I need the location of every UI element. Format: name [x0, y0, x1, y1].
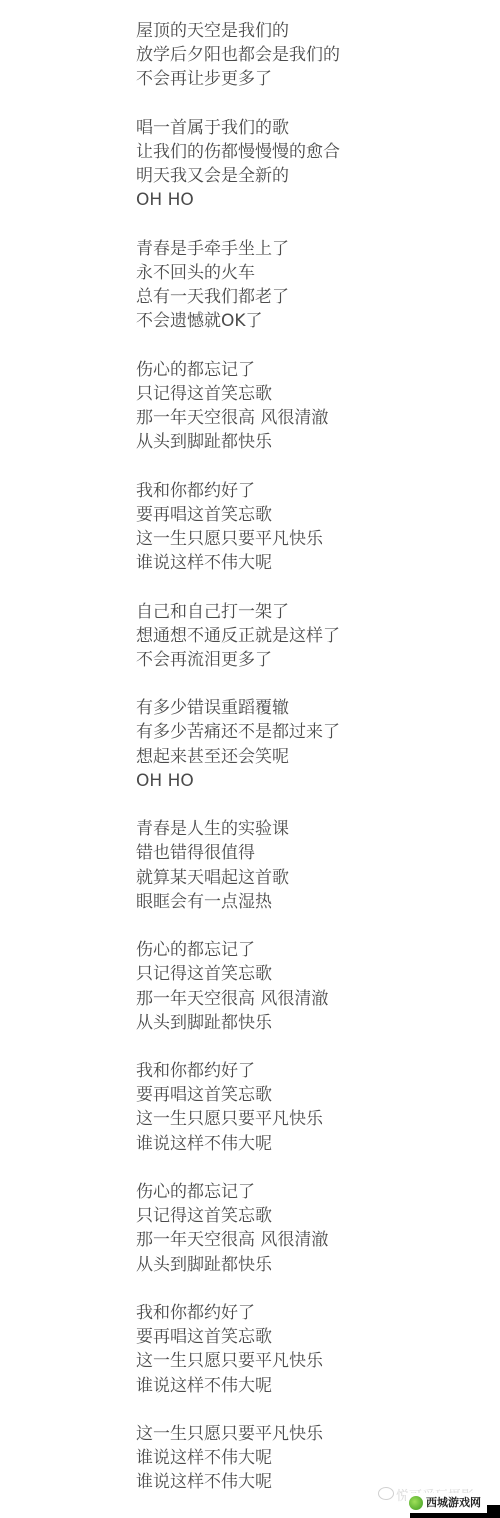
lyric-stanza: 这一生只愿只要平凡快乐谁说这样不伟大呢谁说这样不伟大呢	[136, 1422, 340, 1495]
lyric-line: 错也错得很值得	[136, 841, 340, 865]
lyric-line: 放学后夕阳也都会是我们的	[136, 43, 340, 67]
lyric-line: 从头到脚趾都快乐	[136, 1011, 340, 1035]
lyric-line: 从头到脚趾都快乐	[136, 430, 340, 454]
lyric-line: 要再唱这首笑忘歌	[136, 503, 340, 527]
lyric-line: 想通想不通反正就是这样了	[136, 624, 340, 648]
lyric-line: 屋顶的天空是我们的	[136, 19, 340, 43]
lyric-line: 只记得这首笑忘歌	[136, 962, 340, 986]
lyric-stanza: 我和你都约好了要再唱这首笑忘歌这一生只愿只要平凡快乐谁说这样不伟大呢	[136, 1301, 340, 1398]
lyric-line: 要再唱这首笑忘歌	[136, 1325, 340, 1349]
watermark-badge: 西城游戏网	[406, 1493, 487, 1513]
lyric-stanza: 我和你都约好了要再唱这首笑忘歌这一生只愿只要平凡快乐谁说这样不伟大呢	[136, 1059, 340, 1156]
lyric-line: 不会遗憾就OK了	[136, 309, 340, 333]
lyric-stanza: 唱一首属于我们的歌让我们的伤都慢慢慢的愈合明天我又会是全新的OH HO	[136, 116, 340, 213]
lyric-line: 谁说这样不伟大呢	[136, 1470, 340, 1494]
lyric-stanza: 青春是人生的实验课错也错得很值得就算某天唱起这首歌眼眶会有一点湿热	[136, 817, 340, 914]
lyric-line: 谁说这样不伟大呢	[136, 1132, 340, 1156]
lyric-line: 想起来甚至还会笑呢	[136, 745, 340, 769]
lyric-line: 那一年天空很高 风很清澈	[136, 406, 340, 430]
lyric-stanza: 我和你都约好了要再唱这首笑忘歌这一生只愿只要平凡快乐谁说这样不伟大呢	[136, 479, 340, 576]
watermark-site-name: 西城游戏网	[426, 1496, 481, 1509]
lyric-line: 这一生只愿只要平凡快乐	[136, 1349, 340, 1373]
watermark: 悦可爱玩摄影 西城游戏网	[378, 1485, 500, 1518]
lyric-line: 永不回头的火车	[136, 261, 340, 285]
lyric-line: OH HO	[136, 188, 340, 212]
lyric-line: 唱一首属于我们的歌	[136, 116, 340, 140]
lyric-line: 这一生只愿只要平凡快乐	[136, 1107, 340, 1131]
lyric-line: 只记得这首笑忘歌	[136, 382, 340, 406]
lyric-line: 有多少错误重蹈覆辙	[136, 696, 340, 720]
lyric-line: 从头到脚趾都快乐	[136, 1253, 340, 1277]
lyric-stanza: 伤心的都忘记了只记得这首笑忘歌那一年天空很高 风很清澈从头到脚趾都快乐	[136, 358, 340, 455]
lyric-stanza: 有多少错误重蹈覆辙有多少苦痛还不是都过来了想起来甚至还会笑呢OH HO	[136, 696, 340, 793]
lyric-line: 那一年天空很高 风很清澈	[136, 987, 340, 1011]
lyric-line: 这一生只愿只要平凡快乐	[136, 527, 340, 551]
lyric-line: 有多少苦痛还不是都过来了	[136, 720, 340, 744]
lyric-line: 不会再让步更多了	[136, 67, 340, 91]
lyric-line: 我和你都约好了	[136, 1059, 340, 1083]
lyric-line: 伤心的都忘记了	[136, 358, 340, 382]
chat-bubble-icon	[378, 1487, 394, 1500]
lyric-line: OH HO	[136, 769, 340, 793]
lyric-line: 谁说这样不伟大呢	[136, 1446, 340, 1470]
lyric-line: 谁说这样不伟大呢	[136, 1374, 340, 1398]
lyric-line: 要再唱这首笑忘歌	[136, 1083, 340, 1107]
lyric-line: 我和你都约好了	[136, 479, 340, 503]
site-logo-icon	[409, 1496, 423, 1510]
lyric-stanza: 屋顶的天空是我们的放学后夕阳也都会是我们的不会再让步更多了	[136, 19, 340, 92]
lyric-stanza: 伤心的都忘记了只记得这首笑忘歌那一年天空很高 风很清澈从头到脚趾都快乐	[136, 938, 340, 1035]
lyric-line: 青春是人生的实验课	[136, 817, 340, 841]
lyric-line: 让我们的伤都慢慢慢的愈合	[136, 140, 340, 164]
lyrics-body: 屋顶的天空是我们的放学后夕阳也都会是我们的不会再让步更多了唱一首属于我们的歌让我…	[136, 19, 340, 1518]
lyric-line: 就算某天唱起这首歌	[136, 866, 340, 890]
lyric-line: 伤心的都忘记了	[136, 1180, 340, 1204]
lyric-stanza: 伤心的都忘记了只记得这首笑忘歌那一年天空很高 风很清澈从头到脚趾都快乐	[136, 1180, 340, 1277]
lyric-line: 眼眶会有一点湿热	[136, 890, 340, 914]
lyric-line: 总有一天我们都老了	[136, 285, 340, 309]
lyric-line: 明天我又会是全新的	[136, 164, 340, 188]
lyric-stanza: 自己和自己打一架了想通想不通反正就是这样了不会再流泪更多了	[136, 600, 340, 673]
lyric-line: 我和你都约好了	[136, 1301, 340, 1325]
lyric-line: 青春是手牵手坐上了	[136, 237, 340, 261]
lyric-line: 只记得这首笑忘歌	[136, 1204, 340, 1228]
lyric-line: 那一年天空很高 风很清澈	[136, 1228, 340, 1252]
lyric-line: 这一生只愿只要平凡快乐	[136, 1422, 340, 1446]
lyric-line: 谁说这样不伟大呢	[136, 551, 340, 575]
lyric-line: 不会再流泪更多了	[136, 648, 340, 672]
lyric-line: 伤心的都忘记了	[136, 938, 340, 962]
lyric-stanza: 青春是手牵手坐上了永不回头的火车总有一天我们都老了不会遗憾就OK了	[136, 237, 340, 334]
lyric-line: 自己和自己打一架了	[136, 600, 340, 624]
